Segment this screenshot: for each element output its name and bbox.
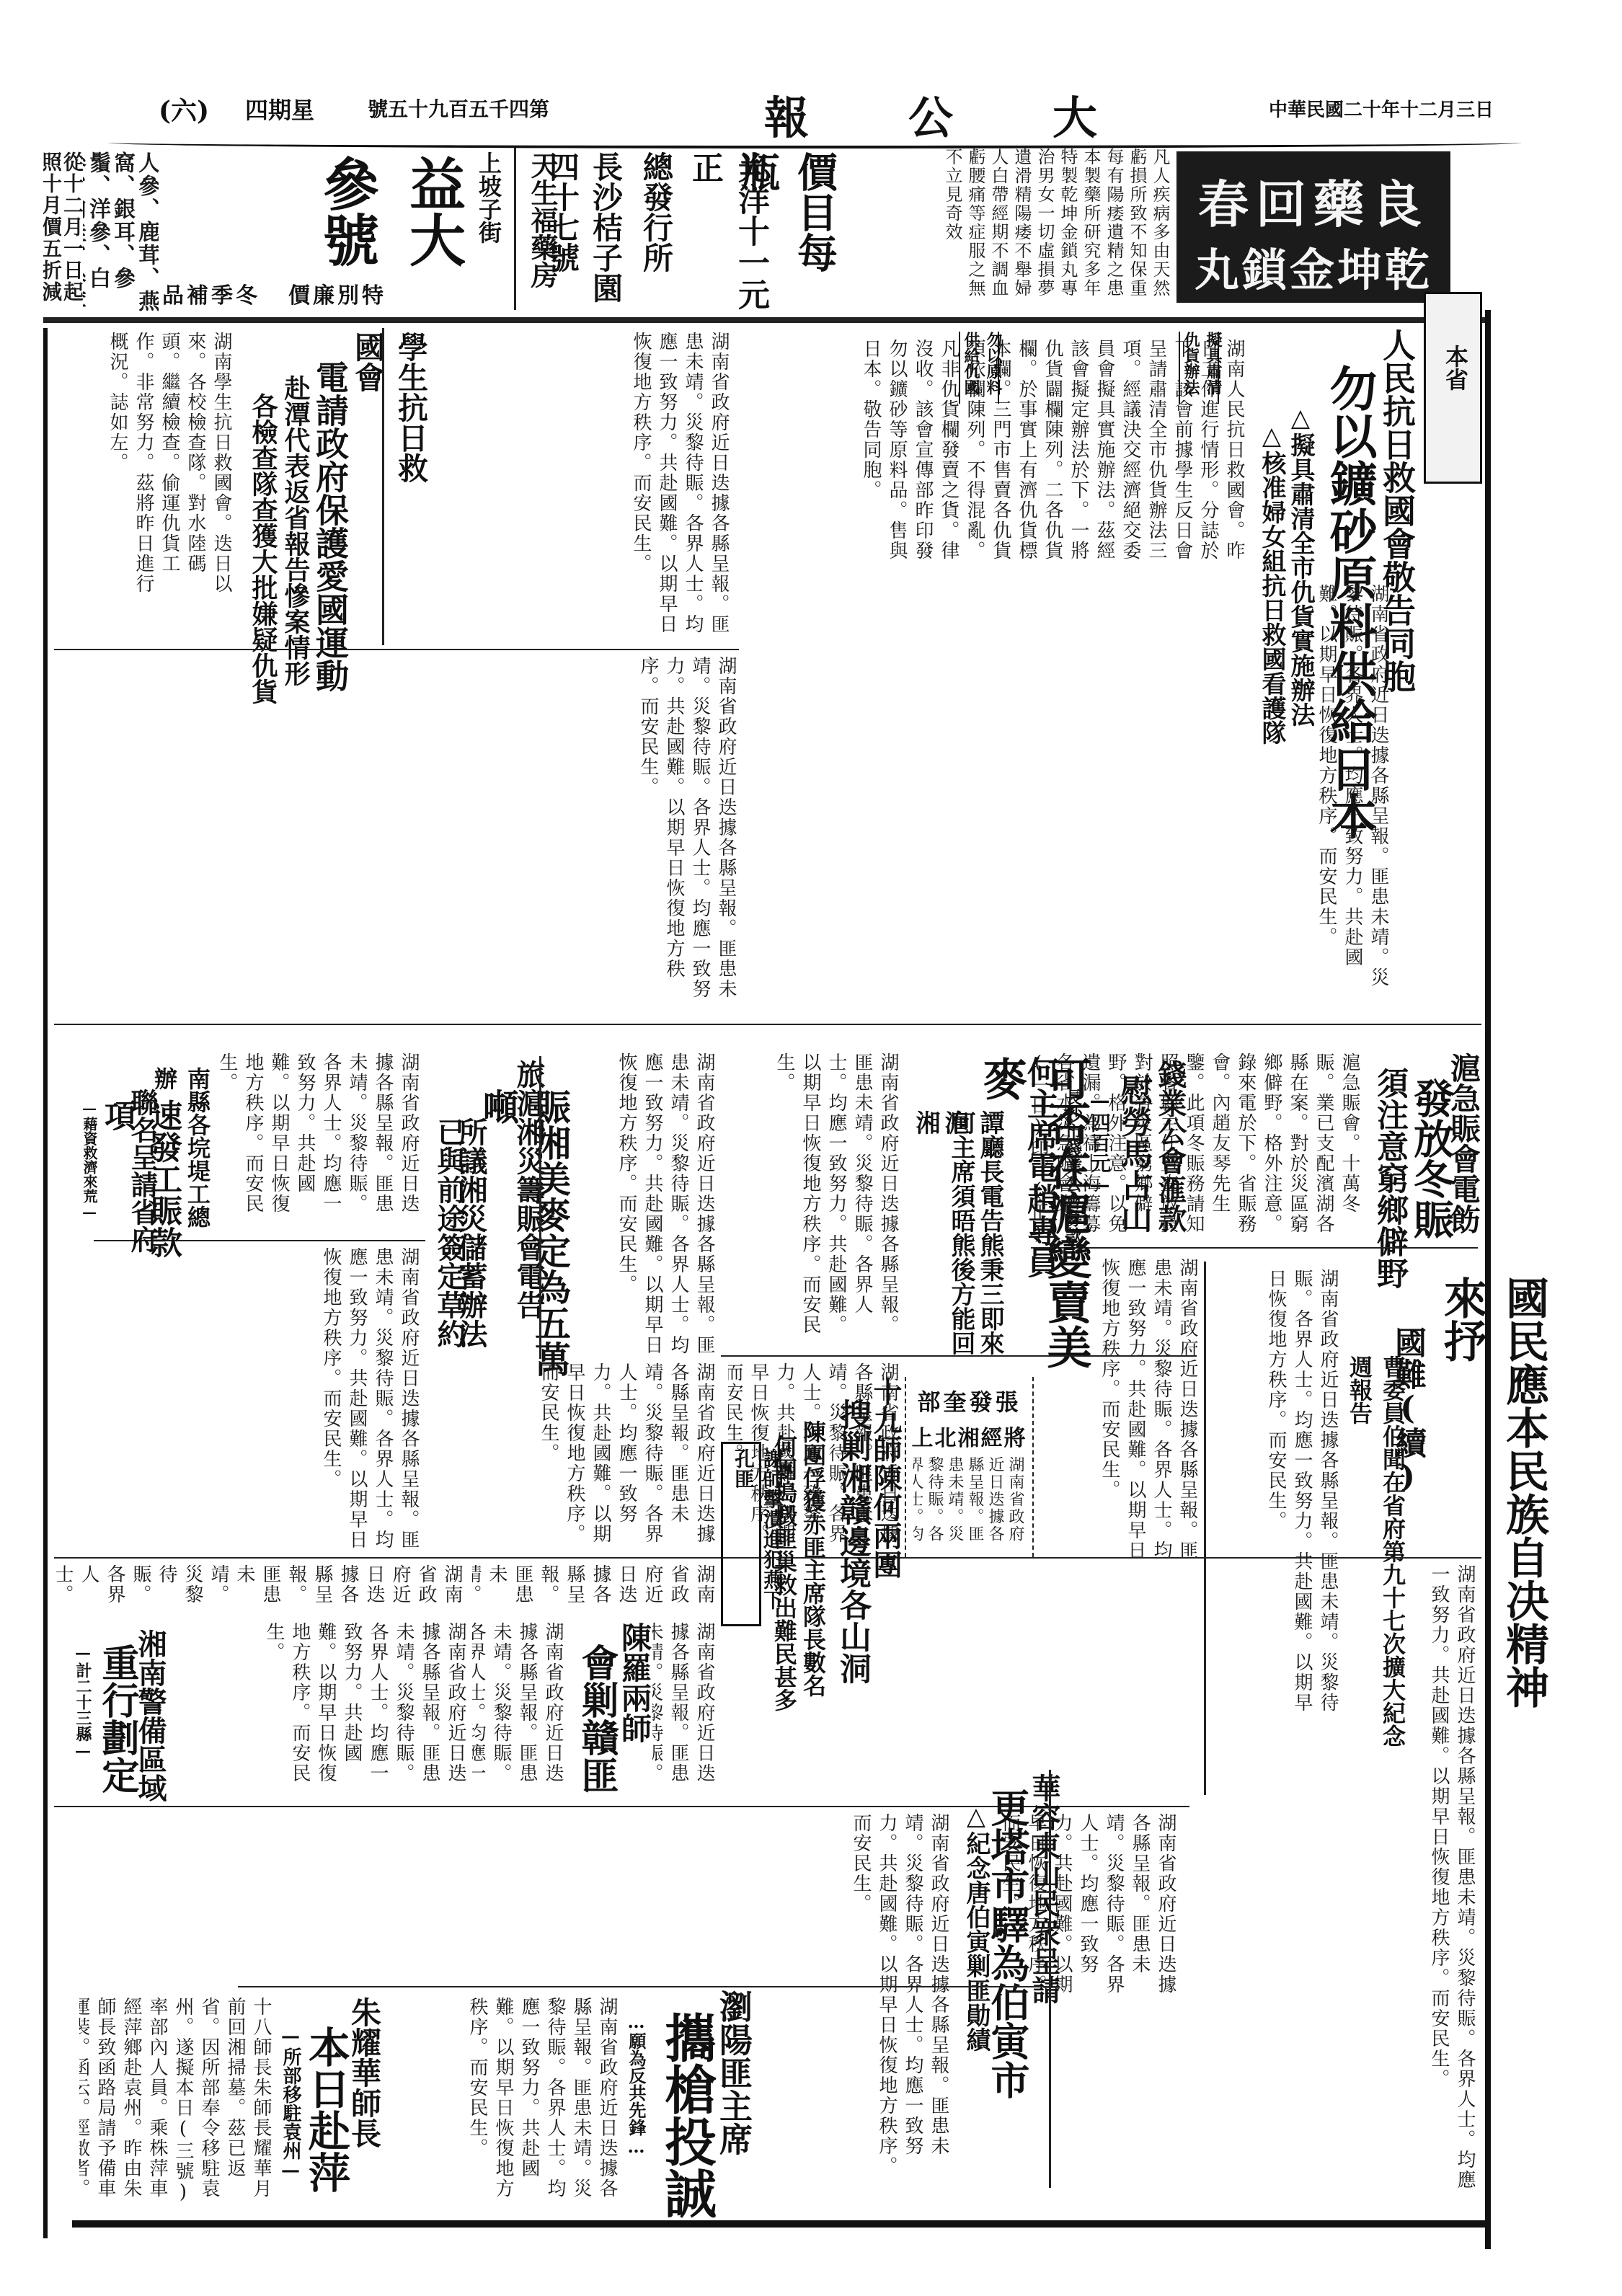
rule-row2 — [54, 649, 739, 650]
relief-deck: 須注意窮鄉僻野 — [1366, 1067, 1412, 1305]
ad-ginseng-location: 上坡子街 — [472, 151, 505, 244]
chen-luo-body-2: 湖南省政府近日迭據各縣呈報。匪患未靖。災黎待賑。各界人士。均應一致努力。共赴國難… — [652, 1622, 717, 1802]
ad-divider — [514, 148, 516, 310]
nineteenth-box: 謝師擊潰進犯燕下孔匪 — [721, 1442, 761, 1626]
zhu-note: —所部移駐袁州— — [278, 2026, 304, 2228]
money-guild-subhead: 慰勞馬占山 — [1110, 1074, 1156, 1262]
xiang-relief-deck2: 已與前途簽定草約 — [429, 1117, 470, 1362]
section-badge: 本省 — [1439, 345, 1472, 391]
zhu-subhead: 本日赴萍 — [296, 2026, 356, 2213]
bottom-mid-body: 湖南省政府近日迭據各縣呈報。匪患未靖。災黎待賑。各界人士。均應一致努力。共赴國難… — [382, 1997, 620, 2213]
rule-liuyang — [238, 1986, 1045, 1987]
rule-row3 — [54, 1024, 1481, 1025]
right-lower-body: 湖南省政府近日迭據各縣呈報。匪患未靖。災黎待賑。各界人士。均應一致努力。共赴國難… — [1060, 1564, 1478, 2191]
huarong-divider — [1049, 1770, 1051, 2188]
rule-he — [721, 1355, 1197, 1357]
chen-luo-body: 湖南省政府近日迭據各縣呈報。匪患未靖。災黎待賑。各界人士。均應一致努力。共赴國難… — [472, 1622, 566, 1802]
issue-number: 號五十九百五千四第 — [368, 94, 549, 123]
ad-pharmacy: 天生福藥房 — [523, 151, 562, 317]
xiang-relief-body-right: 湖南省政府近日迭據各縣呈報。匪患未靖。災黎待賑。各界人士。均應一致努力。共赴國難… — [544, 1052, 717, 1355]
ad-ginseng-tagline2: 冬季補品 — [162, 278, 260, 309]
ad-ginseng-store: 益大參號 — [389, 155, 476, 321]
levee-body: 湖南省政府近日迭據各縣呈報。匪患未靖。災黎待賑。各界人士。均應一致努力。共赴國難… — [54, 1247, 422, 1550]
ad-liangyao-line1: 良藥回春 — [1176, 164, 1450, 237]
huarong-deck: △紀念唐伯寅剿匪勛績 — [959, 1802, 994, 2163]
ad-agent-address: 長沙桔子園四十七號 — [562, 151, 627, 317]
zhang-body: 湖南省政府近日迭據各縣呈報。匪患未靖。災黎待賑。各界人士。均應一致努力。共赴國難… — [913, 1456, 1025, 1550]
page-number: (六) — [159, 91, 209, 128]
he-deck2: 何主席須晤熊後方能回湘 — [908, 1110, 979, 1370]
ad-agent-label: 總發行所 — [634, 151, 678, 317]
nineteenth-body: 湖南省政府近日迭據各縣呈報。匪患未靖。災黎待賑。各界人士。均應一致努力。共赴國難… — [472, 1564, 717, 1622]
liuyang-note: …願為反共先鋒… — [624, 2011, 649, 2213]
levee-note: —藉資救濟來荒— — [79, 1099, 100, 1244]
masthead: (六) 星期四 號五十九百五千四第 報 公 大 中華民國二十年十二月三日 — [0, 87, 1622, 144]
section-badge-box: 本省 — [1424, 292, 1482, 484]
weekday: 星期四 — [245, 92, 314, 125]
rule-guard — [54, 1806, 469, 1807]
chen-luo-subhead: 會剿贛匪 — [570, 1644, 624, 1831]
paper-name-gong: 公 — [908, 82, 1011, 146]
he-body: 湖南省政府近日迭據各縣呈報。匪患未靖。災黎待賑。各界人士。均應一致努力。共赴國難… — [728, 1052, 901, 1341]
rule-relief — [1031, 1247, 1478, 1249]
zhang-box: 張發奎部 將經湘北上 湖南省政府近日迭據各縣呈報。匪患未靖。災黎待賑。各界人士。… — [905, 1377, 1034, 1557]
paper-name-bao: 報 — [764, 82, 867, 146]
bottom-rule — [72, 2220, 1485, 2228]
zhu-body: 十八師長朱師長耀華月前回湘掃墓。茲已返省。因所部奉令移駐袁州。遂擬本日(三號)率… — [79, 1997, 274, 2213]
ad-ginseng-promo: 從十二月一日起照十月價五折減碼 — [43, 151, 83, 317]
ad-ginseng-products: 人參、鹿茸、燕窩、銀耳、參鬚、洋參、白參、肉桂、參茸丸、香燕、蝦肚 — [83, 151, 159, 317]
nineteenth-deck1: 陳團俘獲赤匪主席隊長數名 — [797, 1420, 830, 1723]
guard-body: 湖南省政府近日迭據各縣呈報。匪患未靖。災黎待賑。各界人士。均應一致努力。共赴國難… — [166, 1622, 469, 1802]
center-col-body: 湖南省政府近日迭據各縣呈報。匪患未靖。災黎待賑。各界人士。均應一致努力。共赴國難… — [433, 1362, 717, 1550]
students-body: 湖南學生抗日救國會。迭日以來。各校檢查隊。對水陸碼頭。繼續檢查。偷運仇貨工作。非… — [54, 332, 234, 606]
anti-japan-box2: 勿以原料供給仇國 — [959, 332, 999, 404]
issue-date: 中華民國二十年十二月三日 — [1269, 95, 1494, 122]
students-body-right: 湖南省政府近日迭據各縣呈報。匪患未靖。災黎待賑。各界人士。均應一致努力。共赴國難… — [393, 332, 732, 642]
zhang-headline: 張發奎部 — [906, 1384, 1032, 1417]
ads-bottom-rule — [43, 317, 1485, 323]
huarong-body: 湖南省政府近日迭據各縣呈報。匪患未靖。災黎待賑。各界人士。均應一致努力。共赴國難… — [764, 1813, 952, 2195]
left-lower-body: 湖南省政府近日迭據各縣呈報。匪患未靖。災黎待賑。各界人士。均應一致努力。共赴國難… — [54, 1564, 465, 1615]
anti-japan-box1: 擬具肅清仇貨辦法 — [1179, 332, 1219, 404]
students-divider — [382, 328, 384, 645]
anti-japan-body-cont: 湖南省政府近日迭據各縣呈報。匪患未靖。災黎待賑。各界人士。均應一致努力。共赴國難… — [743, 584, 1391, 1002]
levee-deck: 速發工賑款項 — [94, 1099, 186, 1258]
ad-ginseng-tagline1: 特別廉價 — [288, 278, 386, 309]
zhang-subhead: 將經湘北上 — [906, 1420, 1032, 1452]
guard-note: —計二十三縣— — [72, 1644, 94, 1831]
left-column-text-1: 湖南省政府近日迭據各縣呈報。匪患未靖。災黎待賑。各界人士。均應一致努力。共赴國難… — [54, 656, 739, 1016]
liuyang-subhead: 攜槍投誠 — [649, 2011, 724, 2242]
xiang-divider — [539, 1056, 541, 1359]
ad-liangyao-banner: 良藥回春 乾坤金鎖丸 — [1176, 151, 1450, 303]
paper-name-da: 大 — [1052, 82, 1155, 146]
nineteenth-subhead: 搜剿湘贛邊境各山洞 — [829, 1399, 875, 1716]
left-border — [43, 328, 48, 2238]
ad-liangyao-line2: 乾坤金鎖丸 — [1176, 234, 1450, 298]
ad-price-value: 光洋十一元正 — [681, 151, 774, 317]
